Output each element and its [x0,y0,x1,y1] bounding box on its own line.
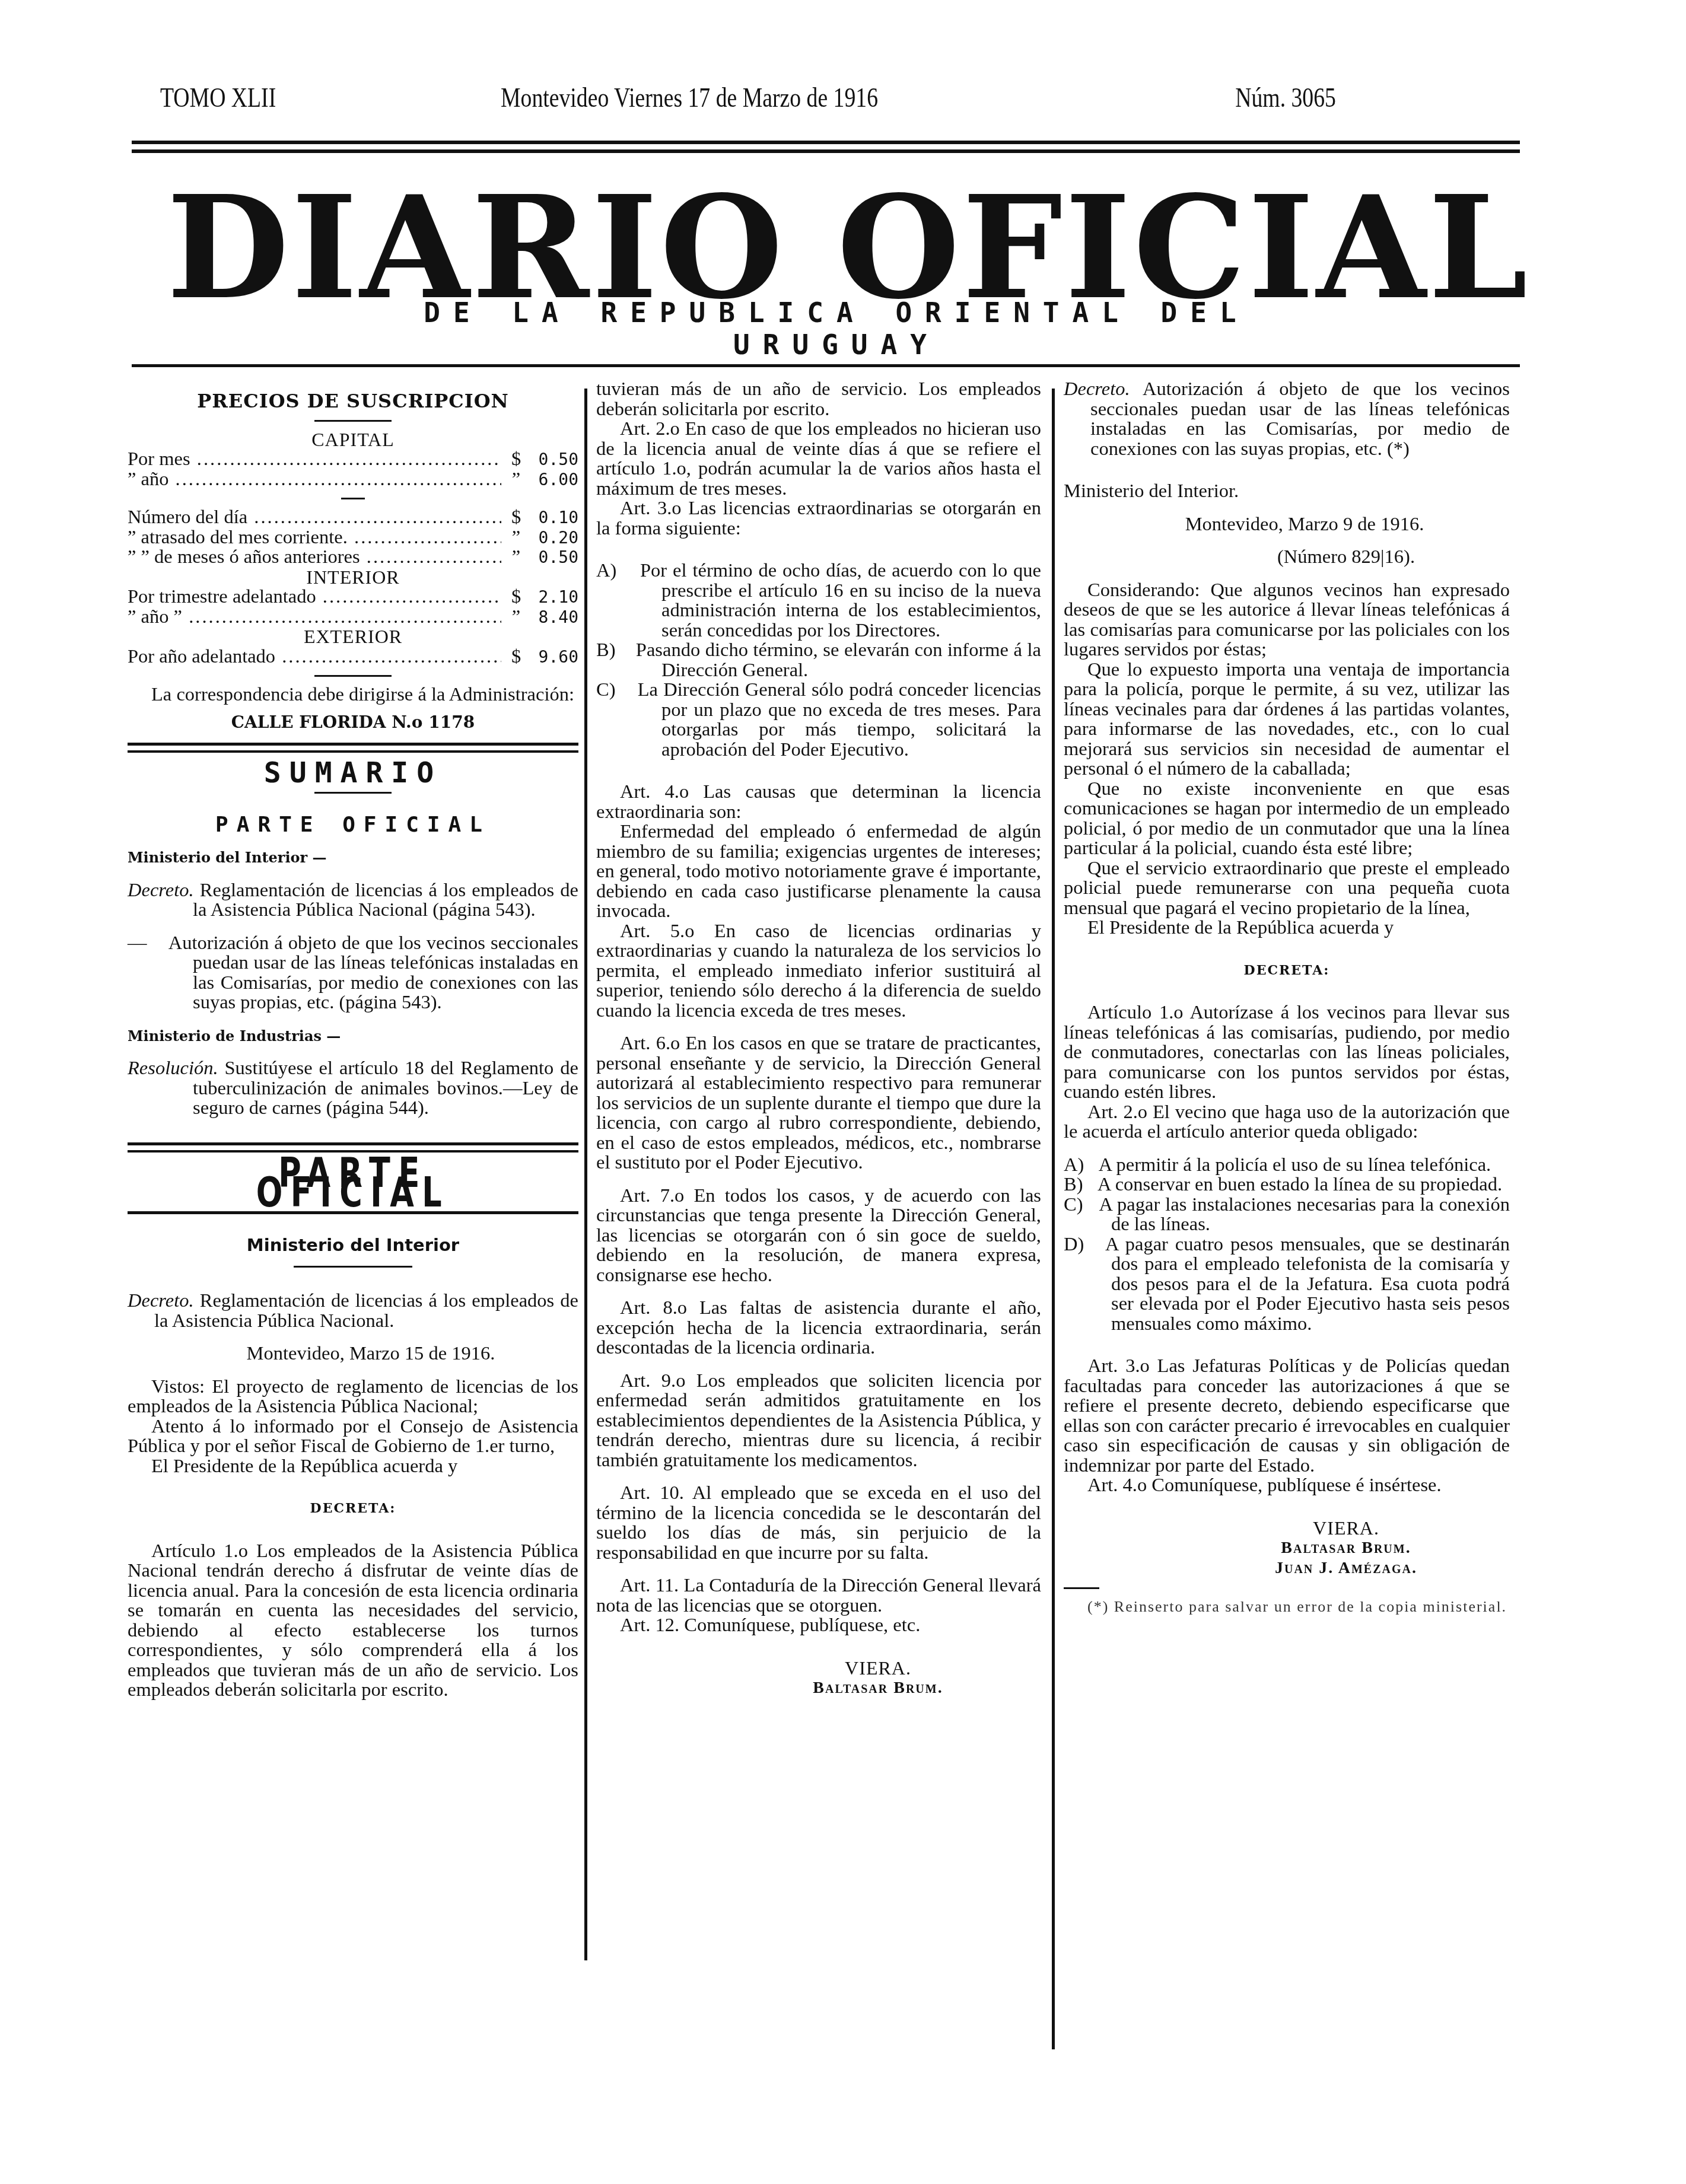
article-text: Art. 5.o En caso de licencias ordinarias… [596,922,1041,1021]
decree-preamble: El Presidente de la República acuerda y [1064,918,1510,938]
article-item: B) A conservar en buen estado la línea d… [1064,1175,1510,1195]
interior-heading: INTERIOR [128,568,578,588]
column-left: PRECIOS DE SUSCRIPCION CAPITAL Por mes$0… [128,380,578,1701]
article-text: Art. 4.o Comuníquese, publíquese é insér… [1064,1476,1510,1496]
article-item: D) A pagar cuatro pesos mensuales, que s… [1064,1235,1510,1335]
masthead-topline: TOMO XLII Montevideo Viernes 17 de Marzo… [160,82,1226,117]
summary-item: Decreto. Reglamentación de licencias á l… [128,881,578,921]
decree-preamble: Atento á lo informado por el Consejo de … [128,1417,578,1457]
article-text: Art. 3.o Las licencias extraordinarias s… [596,499,1041,539]
article-item: A) A permitir á la policía el uso de su … [1064,1155,1510,1176]
administration-address: CALLE FLORIDA N.o 1178 [128,712,578,733]
article-text: Art. 6.o En los casos en que se tratare … [596,1034,1041,1173]
footnote: (*) Reinserto para salvar un error de la… [1064,1599,1510,1615]
article-text: Artículo 1.o Autorízase á los vecinos pa… [1064,1003,1510,1103]
article-text: Art. 2.o En caso de que los empleados no… [596,419,1041,499]
masthead-rule-top [132,141,1520,144]
subscription-heading: PRECIOS DE SUSCRIPCION [128,391,578,412]
masthead-rule-bottom [132,149,1520,153]
exterior-heading: EXTERIOR [128,627,578,647]
article-text: Art. 3.o Las Jefaturas Políticas y de Po… [1064,1357,1510,1476]
article-text: Art. 11. La Contaduría de la Dirección G… [596,1576,1041,1616]
summary-item: — Autorización á objeto de que los vecin… [128,934,578,1013]
decree-dateline: Montevideo, Marzo 9 de 1916. [1064,515,1510,535]
column-right: Decreto. Autorización á objeto de que lo… [1064,380,1510,1615]
article-text: Art. 12. Comuníquese, publíquese, etc. [596,1616,1041,1636]
column-middle: tuvieran más de un año de servicio. Los … [596,380,1041,1698]
decree-summary: Decreto. Autorización á objeto de que lo… [1064,380,1510,459]
price-row: ” atrasado del mes corriente.”0.20 [128,528,578,548]
column-divider [584,389,587,1960]
article-item: C) A pagar las instalaciones necesarias … [1064,1195,1510,1235]
price-row: ” año ””8.40 [128,607,578,628]
article-text: Art. 9.o Los empleados que soliciten lic… [596,1371,1041,1471]
decree-preamble: Considerando: Que algunos vecinos han ex… [1064,581,1510,660]
decreta-label: DECRETA: [1064,961,1510,981]
article-text: Art. 10. Al empleado que se exceda en el… [596,1483,1041,1563]
decree-preamble: Que el servicio extraordinario que prest… [1064,859,1510,919]
decree-preamble: El Presidente de la República acuerda y [128,1457,578,1477]
correspondence-note: La correspondencia debe dirigirse á la A… [128,685,578,705]
article-text: Enfermedad del empleado ó enfermedad de … [596,822,1041,922]
divider [294,1266,412,1268]
decree-preamble: Vistos: El proyecto de reglamento de lic… [128,1377,578,1417]
article-text: Artículo 1.o Los empleados de la Asisten… [128,1542,578,1701]
masthead-rule-lower [132,364,1520,367]
divider [314,420,392,422]
price-row: Por año adelantado$9.60 [128,647,578,667]
article-item: B) Pasando dicho término, se elevarán co… [596,641,1041,680]
volume-number: TOMO XLII [160,82,276,113]
signature: Baltasar Brum. [596,1678,1041,1698]
capital-heading: CAPITAL [128,430,578,450]
summary-section-heading: PARTE OFICIAL [128,815,578,835]
newspaper-page: TOMO XLII Montevideo Viernes 17 de Marzo… [0,0,1686,2184]
price-row: Por mes$0.50 [128,450,578,470]
decreta-label: DECRETA: [128,1499,578,1519]
price-row: ” ” de meses ó años anteriores”0.50 [128,547,578,568]
article-text: Art. 7.o En todos los casos, y de acuerd… [596,1186,1041,1286]
decree-dateline: Montevideo, Marzo 15 de 1916. [128,1344,578,1364]
summary-item: Resolución. Sustitúyese el artículo 18 d… [128,1059,578,1119]
decree-ministry: Ministerio del Interior. [1064,482,1510,502]
decree-number: (Número 829|16). [1064,547,1510,568]
price-row: Por trimestre adelantado$2.10 [128,587,578,607]
price-row: ” año”6.00 [128,470,578,490]
article-text: Art. 4.o Las causas que determinan la li… [596,782,1041,822]
summary-ministry-interior: Ministerio del Interior — [128,848,578,868]
article-text: Art. 2.o El vecino que haga uso de la au… [1064,1103,1510,1142]
article-item: C) La Dirección General sólo podrá conce… [596,680,1041,760]
signature: Juan J. Amézaga. [1064,1558,1510,1578]
summary-ministry-industries: Ministerio de Industrias — [128,1026,578,1046]
divider [341,498,365,499]
issue-number: Núm. 3065 [1235,82,1336,113]
issue-date: Montevideo Viernes 17 de Marzo de 1916 [501,82,878,113]
summary-heading: SUMARIO [128,763,578,784]
signature: Baltasar Brum. [1064,1538,1510,1558]
signature: VIERA. [1064,1518,1510,1539]
newspaper-subtitle: DE LA REPUBLICA ORIENTAL DEL URUGUAY [332,297,1341,361]
official-section-heading: PARTE OFICIAL [184,1163,522,1203]
decree-preamble: Que no existe inconveniente en que esas … [1064,779,1510,859]
signature: VIERA. [596,1658,1041,1679]
divider [314,675,392,677]
price-row: Número del día$0.10 [128,508,578,528]
ministry-heading: Ministerio del Interior [128,1236,578,1256]
article-text: Art. 8.o Las faltas de asistencia durant… [596,1298,1041,1358]
article-item: A) Por el término de ocho días, de acuer… [596,561,1041,641]
divider [314,792,392,794]
footnote-rule [1064,1587,1099,1589]
decree-summary: Decreto. Reglamentación de licencias á l… [128,1291,578,1331]
decree-preamble: Que lo expuesto importa una ventaja de i… [1064,660,1510,779]
column-divider [1052,389,1055,2049]
article-continuation: tuvieran más de un año de servicio. Los … [596,380,1041,419]
section-rule [128,743,578,753]
